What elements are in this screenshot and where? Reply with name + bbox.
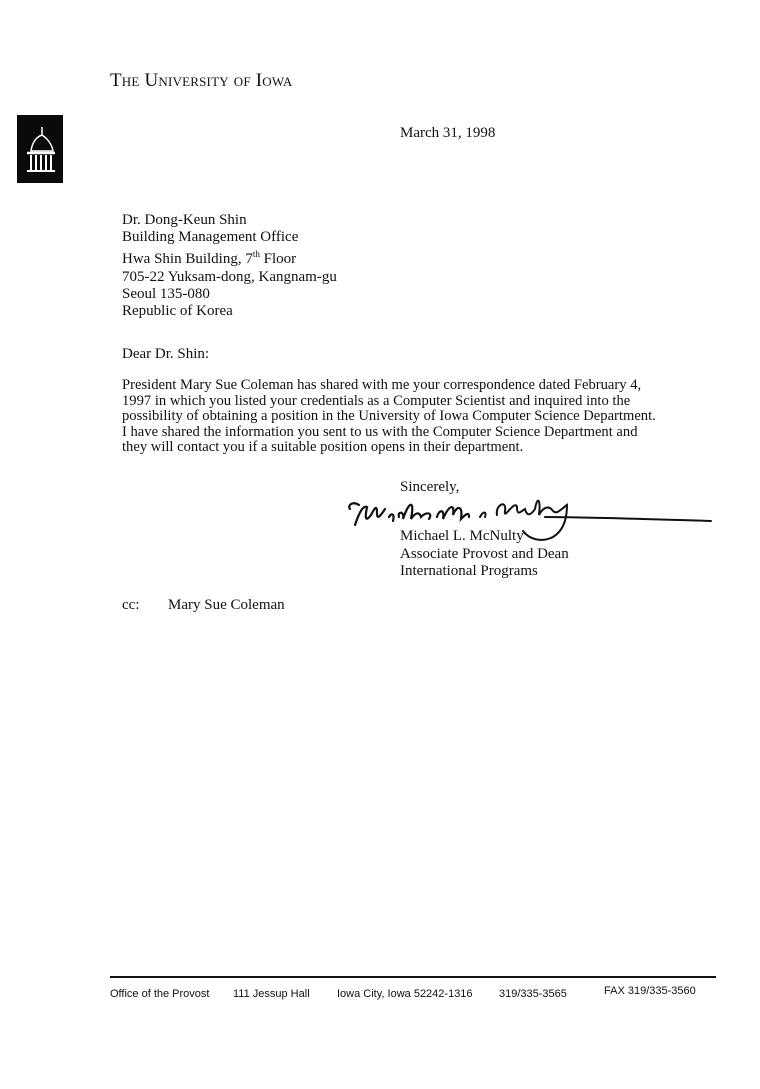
old-capitol-dome-icon: [17, 115, 63, 183]
cc-name: Mary Sue Coleman: [168, 597, 285, 614]
recipient-line-3: 705-22 Yuksam-dong, Kangnam-gu: [122, 269, 337, 286]
closing: Sincerely,: [400, 479, 459, 496]
recipient-line-1: Building Management Office: [122, 229, 337, 246]
letterhead-institution: The University of Iowa: [110, 70, 292, 92]
signature-block: Michael L. McNulty Associate Provost and…: [400, 528, 569, 581]
salutation: Dear Dr. Shin:: [122, 346, 209, 363]
recipient-name: Dr. Dong-Keun Shin: [122, 212, 337, 229]
recipient-address: Dr. Dong-Keun Shin Building Management O…: [122, 212, 337, 320]
signer-name: Michael L. McNulty: [400, 528, 569, 546]
footer-city: Iowa City, Iowa 52242-1316: [337, 988, 473, 1000]
footer-fax: FAX 319/335-3560: [604, 985, 696, 997]
footer-phone: 319/335-3565: [499, 988, 567, 1000]
recipient-line-2-main: Hwa Shin Building, 7: [122, 251, 253, 267]
cc-label: cc:: [122, 597, 139, 614]
footer-office: Office of the Provost: [110, 988, 209, 1000]
footer-building: 111 Jessup Hall: [233, 988, 310, 1000]
recipient-line-4: Seoul 135-080: [122, 286, 337, 303]
recipient-line-5: Republic of Korea: [122, 303, 337, 320]
footer-divider: [110, 976, 716, 978]
recipient-line-2-sup: th: [253, 249, 260, 259]
recipient-line-2-end: Floor: [260, 251, 296, 267]
signer-department: International Programs: [400, 563, 569, 581]
signer-title: Associate Provost and Dean: [400, 546, 569, 564]
recipient-line-2: Hwa Shin Building, 7th Floor: [122, 246, 337, 268]
letter-date: March 31, 1998: [400, 125, 495, 142]
letter-body: President Mary Sue Coleman has shared wi…: [122, 378, 662, 456]
